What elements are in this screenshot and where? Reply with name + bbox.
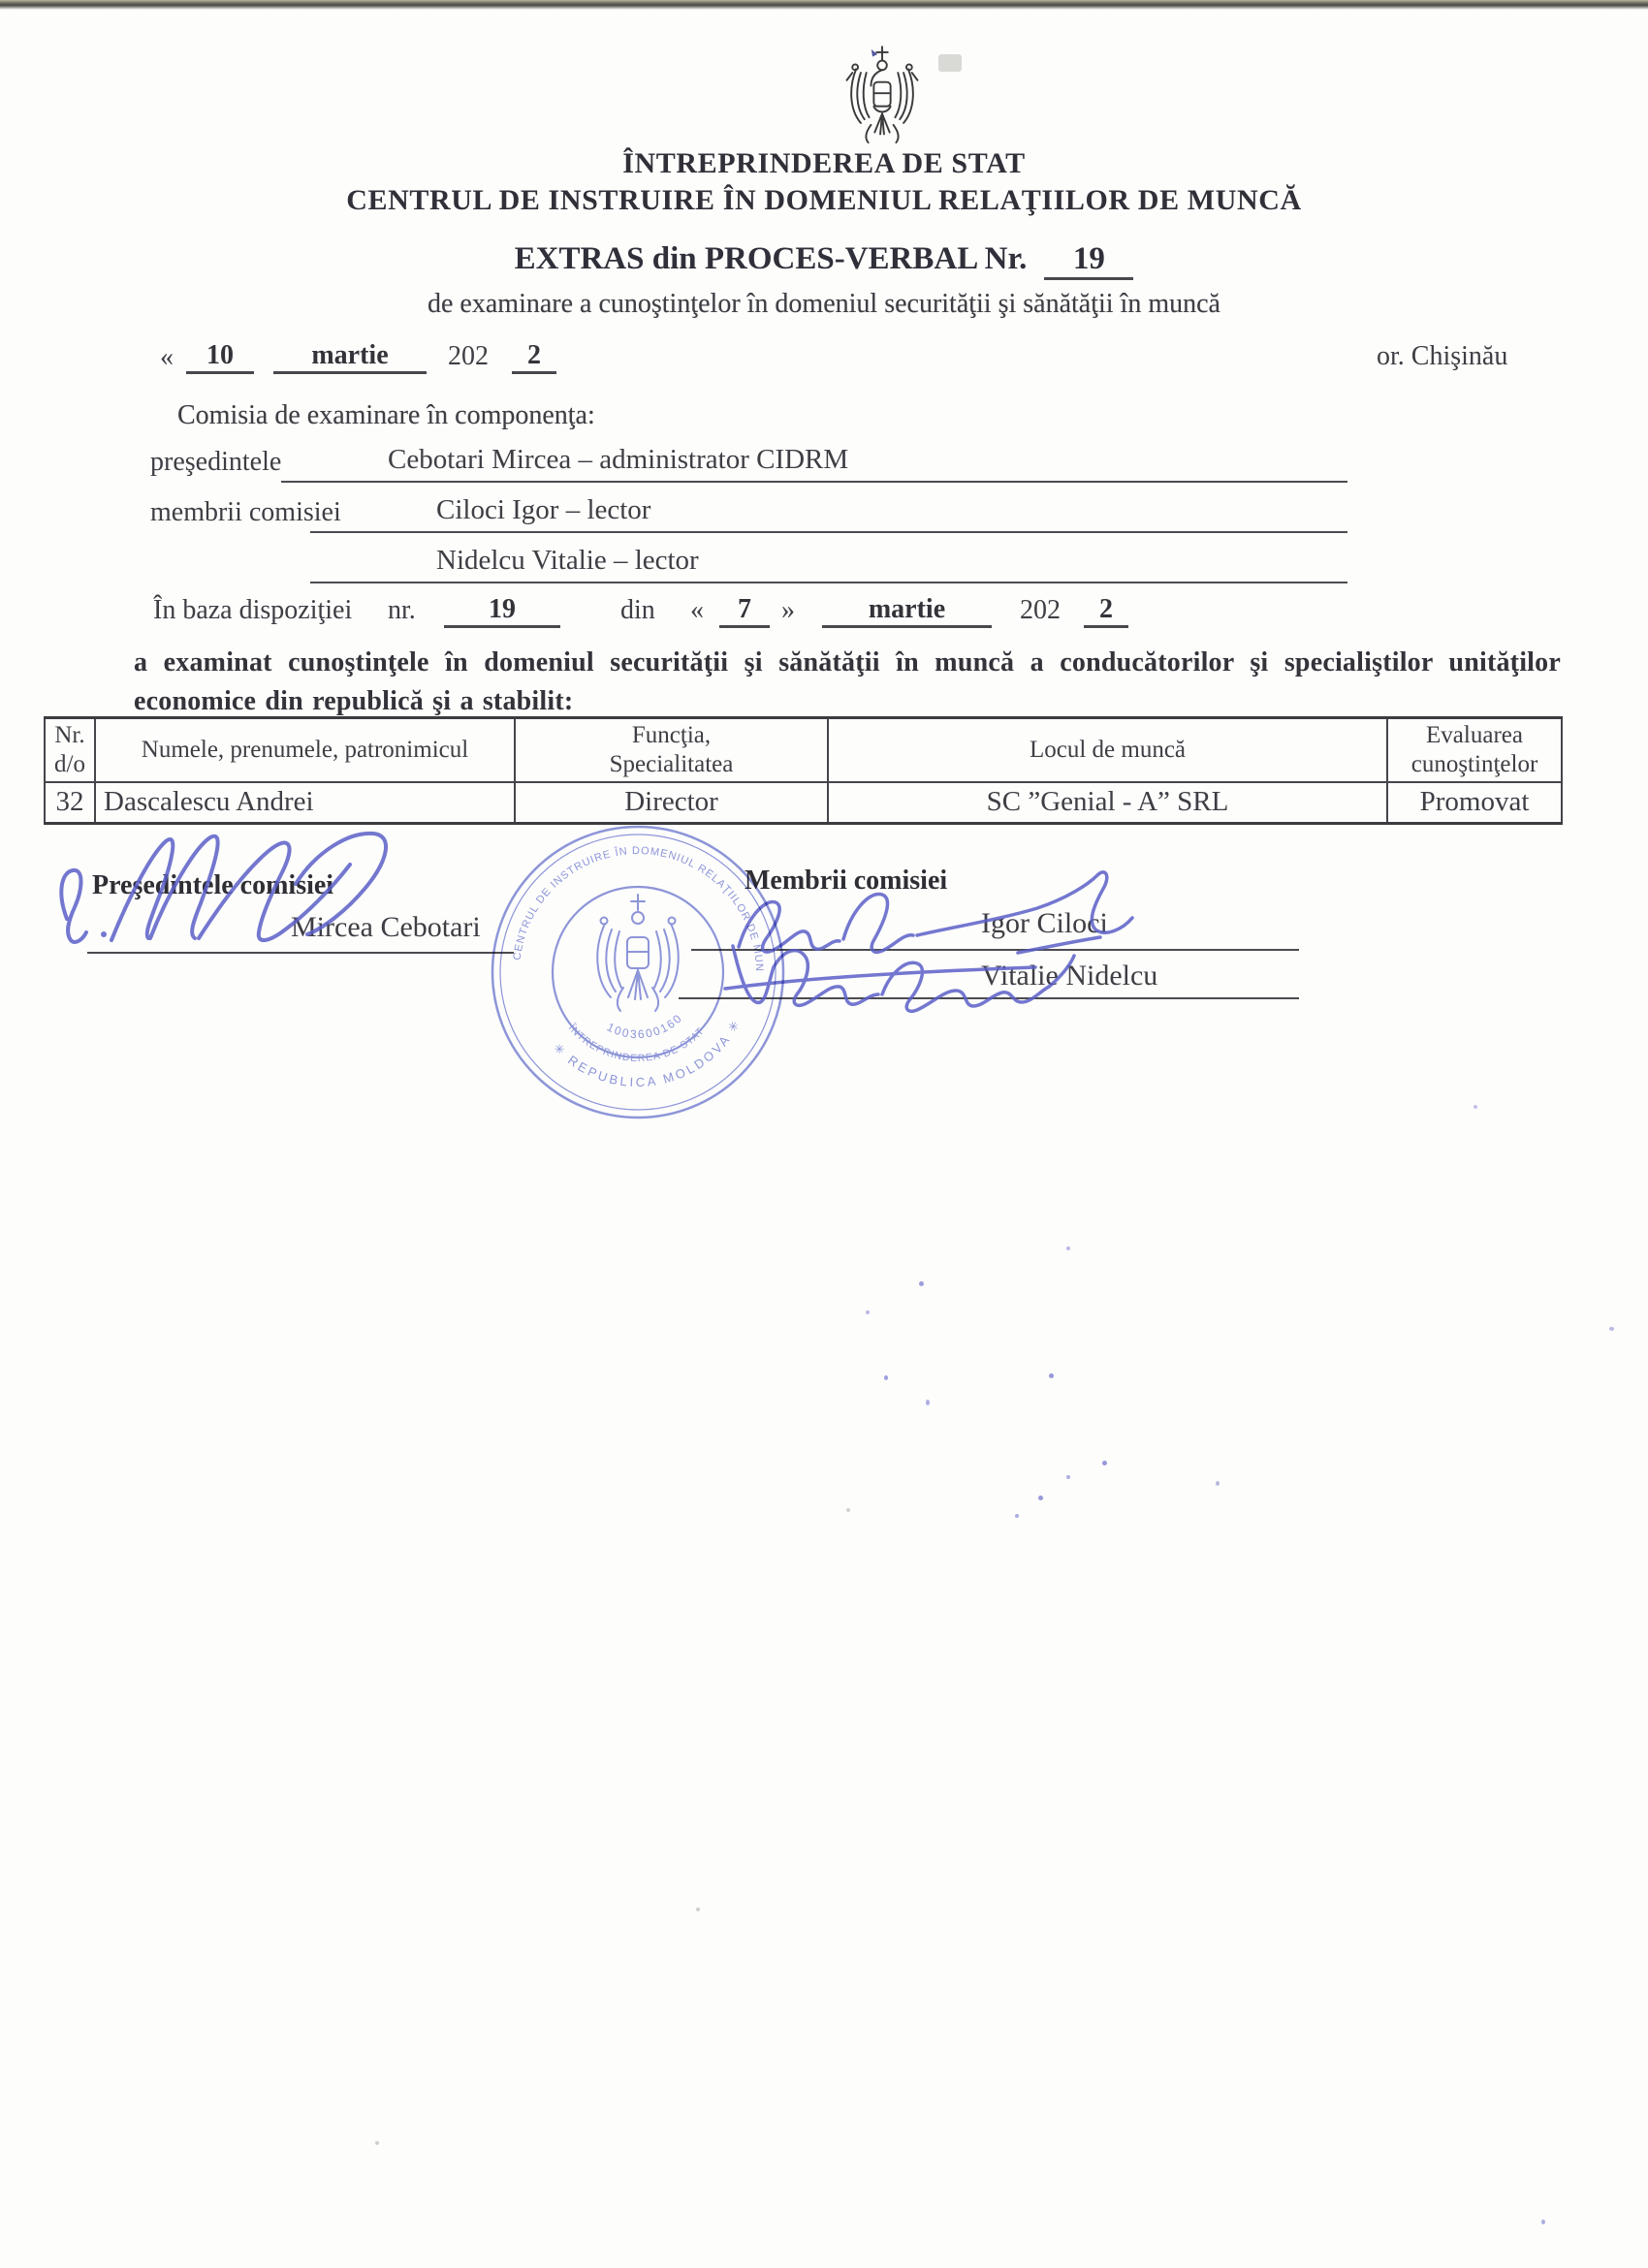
document-title: EXTRAS din PROCES-VERBAL Nr. 19 [0,241,1648,280]
member1-underline [310,531,1347,533]
scan-speck [1102,1461,1107,1465]
disposition-nr-label: nr. [388,595,416,626]
col-header-name: Numele, prenumele, patronimicul [95,718,515,783]
col-header-nr: Nr.d/o [45,718,95,783]
president-label: preşedintele [150,447,281,478]
disposition-open-quote: « [690,595,704,626]
scan-speck [1066,1475,1070,1479]
date-month-field: martie [273,340,427,374]
scan-speck [1474,1105,1477,1109]
member2-underline [310,582,1347,583]
scan-speck [919,1281,924,1286]
date-line: « 10 martie 202 2 or. Chişinău [0,340,1648,383]
scanned-document-page: ÎNTREPRINDEREA DE STAT CENTRUL DE INSTRU… [0,0,1648,2268]
stamp-idno: 1003600160 [605,1011,685,1041]
table-row: 32 Dascalescu Andrei Director SC ”Genial… [45,782,1562,823]
members-label: membrii comisiei [150,497,341,528]
scan-speck [1066,1246,1070,1250]
results-table: Nr.d/o Numele, prenumele, patronimicul F… [44,716,1563,825]
president-underline [281,481,1347,483]
stamp-inner-ring-text: ÎNTREPRINDEREA DE STAT [565,1021,707,1064]
commission-intro: Comisia de examinare în componenţa: [177,400,595,431]
open-quote: « [160,342,174,373]
table-header-row: Nr.d/o Numele, prenumele, patronimicul F… [45,718,1562,783]
disposition-year-digit-field: 2 [1084,594,1128,628]
cell-nr: 32 [45,782,95,823]
scan-speck [375,2141,379,2145]
col-header-evaluation: Evaluareacunoştinţelor [1387,718,1562,783]
round-stamp: CENTRUL DE INSTRUIRE ÎN DOMENIUL RELAŢII… [483,817,793,1127]
scan-speck [866,1310,870,1314]
disposition-year-prefix: 202 [1020,595,1061,626]
location-label: or. Chişinău [1377,341,1507,372]
scan-speck [926,1400,930,1405]
cell-name: Dascalescu Andrei [95,782,515,823]
statement-paragraph: a examinat cunoştinţele în domeniul secu… [134,644,1561,721]
disposition-din-label: din [620,595,655,626]
cell-workplace: SC ”Genial - A” SRL [828,782,1387,823]
president-value: Cebotari Mircea – administrator CIDRM [388,444,848,476]
svg-text:ÎNTREPRINDEREA DE STAT: ÎNTREPRINDEREA DE STAT [565,1021,707,1064]
title-prefix: EXTRAS din PROCES-VERBAL Nr. [515,241,1028,276]
org-name-line1: ÎNTREPRINDEREA DE STAT [0,147,1648,180]
moldova-coat-of-arms-icon [836,43,929,153]
org-name-line2: CENTRUL DE INSTRUIRE ÎN DOMENIUL RELAŢII… [0,184,1648,217]
scan-speck [1049,1373,1054,1378]
document-subtitle: de examinare a cunoştinţelor în domeniul… [0,289,1648,320]
scan-edge-artifact [0,0,1648,10]
protocol-number: 19 [1044,241,1133,280]
disposition-nr-field: 19 [444,594,560,628]
stamp-eagle-emblem [597,895,678,1011]
date-year-digit-field: 2 [512,340,556,374]
col-header-workplace: Locul de muncă [828,718,1387,783]
disposition-prefix: În baza dispoziţiei [153,595,352,626]
cell-evaluation: Promovat [1387,782,1562,823]
disposition-day-field: 7 [719,594,770,628]
scan-speck [846,1508,850,1512]
col-header-function: Funcţia,Specialitatea [515,718,828,783]
scan-speck [1216,1481,1220,1486]
scan-speck [1038,1496,1043,1500]
scan-speck [696,1907,700,1911]
scan-speck [1541,2220,1545,2224]
scan-speck [884,1375,888,1380]
scan-speck [1015,1514,1019,1518]
member2-value: Nidelcu Vitalie – lector [436,545,699,577]
date-day-field: 10 [186,340,254,374]
member1-value: Ciloci Igor – lector [436,494,650,526]
president-signature-scribble [53,826,460,981]
scan-speck [1609,1327,1614,1331]
date-year-prefix: 202 [448,341,489,372]
disposition-month-field: martie [822,594,992,628]
scan-smudge [938,54,962,72]
disposition-line: În baza dispoziţiei nr. 19 din « 7 » mar… [0,594,1648,637]
svg-text:1003600160: 1003600160 [605,1011,685,1041]
disposition-close-quote: » [781,595,795,626]
